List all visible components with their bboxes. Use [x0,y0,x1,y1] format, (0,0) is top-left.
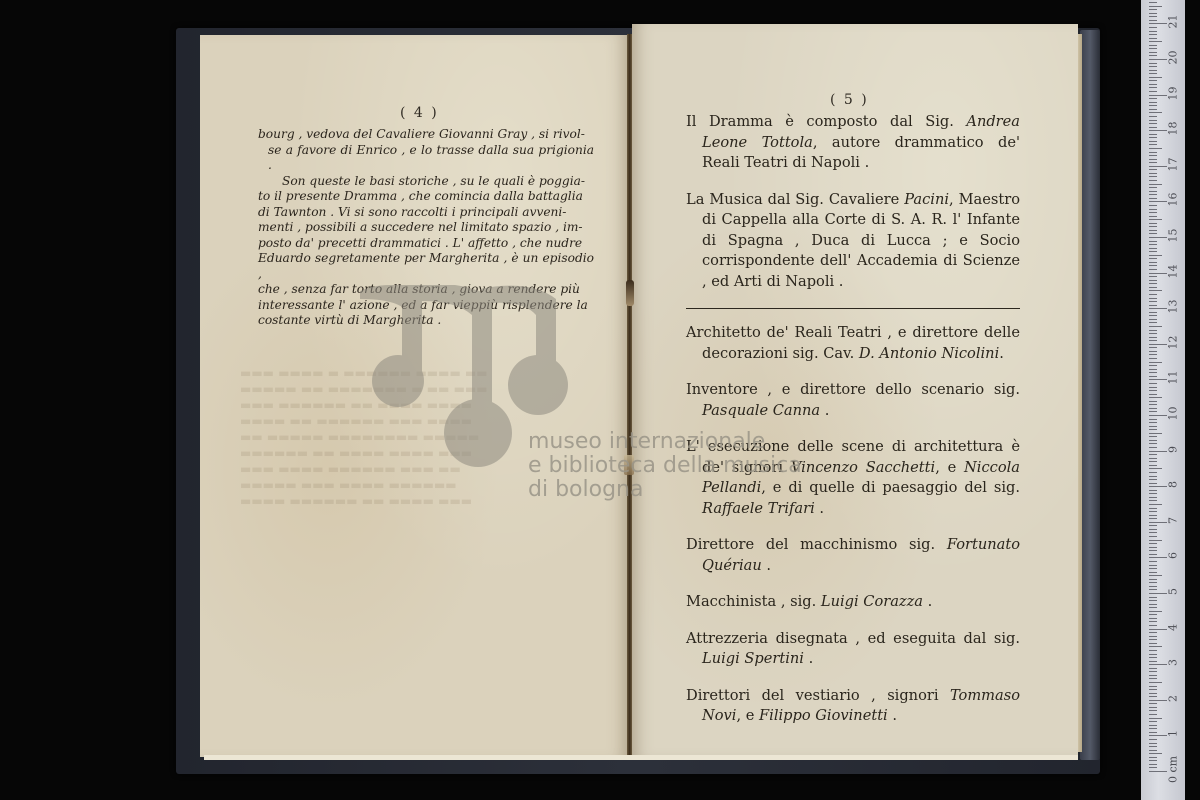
ruler-tick [1149,767,1157,768]
ruler-tick [1149,265,1157,266]
ruler-tick [1149,301,1157,302]
ruler-tick [1149,351,1157,352]
ruler-tick [1149,315,1157,316]
ruler-tick [1149,429,1157,430]
ruler-tick [1149,675,1157,676]
ruler-tick [1149,330,1157,331]
ruler-tick [1149,123,1157,124]
ruler-tick [1149,732,1157,733]
ruler-label: 11 [1167,368,1180,388]
credit-name: Pasquale Canna [702,402,820,419]
ruler-tick [1149,582,1157,583]
ruler-tick [1149,184,1162,185]
ruler-tick [1149,397,1162,398]
ruler-tick [1149,725,1157,726]
ruler-tick [1149,721,1157,722]
ruler-tick [1149,529,1157,530]
text-line: interessante l' azione , ed a far vieppi… [258,298,594,314]
ruler-tick [1149,490,1157,491]
ruler-label: 17 [1167,154,1180,174]
credit-name: Raffaele Trifari [702,500,815,517]
credit-entry-architect: Architetto de' Reali Teatri , e direttor… [686,323,1020,364]
ruler-tick [1149,614,1157,615]
ruler-tick [1149,226,1157,227]
ruler-tick [1149,760,1157,761]
credit-text: , e di quelle di paesaggio del sig. [761,479,1020,496]
ruler-tick [1149,671,1157,672]
ruler-tick [1149,6,1162,7]
ruler-tick [1149,593,1167,594]
ruler-tick [1149,757,1157,758]
measurement-ruler: 0 cm123456789101112131415161718192021 [1141,0,1185,800]
ruler-tick [1149,600,1157,601]
right-page-body: Il Dramma è composto dal Sig. Andrea Leo… [686,112,1020,743]
ruler-tick [1149,290,1162,291]
ruler-label: 9 [1167,439,1180,459]
ruler-tick [1149,322,1157,323]
ruler-tick [1149,547,1157,548]
ruler-tick [1149,572,1157,573]
ruler-tick [1149,194,1157,195]
ruler-tick [1149,244,1157,245]
ruler-tick [1149,251,1157,252]
ruler-tick [1149,358,1157,359]
ruler-tick [1149,743,1157,744]
credit-text: . [999,345,1004,362]
text-line: di Tawnton . Vi si sono raccolti i princ… [258,205,594,221]
ruler-tick [1149,621,1157,622]
credit-name: Pacini [904,191,949,208]
ruler-tick [1149,718,1162,719]
credit-name: Filippo Giovinetti [759,707,888,724]
credit-text: . [888,707,897,724]
ruler-tick [1149,144,1157,145]
credit-text: Direttore del macchinismo sig. [686,536,947,553]
ruler-tick [1149,77,1162,78]
page-number: ( 4 ) [400,105,439,121]
ruler-tick [1149,486,1167,487]
ruler-tick [1149,472,1157,473]
ruler-tick [1149,294,1157,295]
ruler-tick [1149,308,1167,309]
credit-name: D. Antonio Nicolini [859,345,999,362]
ruler-tick [1149,540,1162,541]
credit-text: Il Dramma è composto dal Sig. [686,113,966,130]
ruler-tick [1149,525,1157,526]
ruler-tick [1149,465,1157,466]
ruler-tick [1149,618,1157,619]
ruler-tick [1149,105,1157,106]
ruler-tick [1149,333,1157,334]
ruler-tick [1149,643,1157,644]
ruler-tick [1149,41,1162,42]
ruler-tick [1149,668,1157,669]
credit-name: Vincenzo Sacchetti [791,459,935,476]
ruler-tick [1149,70,1157,71]
ruler-tick [1149,13,1157,14]
text-line: menti , possibili a succedere nel limita… [258,220,594,236]
ruler-tick [1149,148,1162,149]
ruler-tick [1149,362,1162,363]
credit-text: . [923,593,932,610]
ruler-label: 20 [1167,48,1180,68]
ruler-tick [1149,394,1157,395]
ruler-tick [1149,383,1157,384]
ruler-tick [1149,468,1162,469]
ruler-label: 7 [1167,510,1180,530]
ruler-tick [1149,34,1157,35]
ruler-tick [1149,376,1157,377]
text-line: Eduardo segretamente per Margherita , è … [258,251,594,282]
ruler-tick [1149,2,1157,3]
ruler-tick [1149,735,1167,736]
ruler-tick [1149,625,1157,626]
text-line: se a favore di Enrico , e lo trasse dall… [258,143,594,174]
ruler-tick [1149,127,1157,128]
ruler-tick [1149,632,1157,633]
ruler-tick [1149,162,1157,163]
ruler-tick [1149,273,1167,274]
ruler-tick [1149,689,1157,690]
ruler-tick [1149,112,1162,113]
ruler-tick [1149,176,1157,177]
ruler-tick [1149,646,1162,647]
ruler-tick [1149,84,1157,85]
right-page: ( 5 ) Il Dramma è composto dal Sig. Andr… [632,24,1078,756]
ruler-tick [1149,611,1162,612]
ruler-tick [1149,497,1157,498]
ruler-tick [1149,59,1167,60]
ruler-tick [1149,305,1157,306]
ruler-tick [1149,714,1157,715]
text-line: Son queste le basi storiche , su le qual… [258,174,594,190]
show-through-text: ▬▬▬ ▬▬▬▬ ▬ ▬▬▬▬▬▬ ▬▬▬▬ ▬▬▬▬▬▬▬ ▬▬ ▬▬▬▬▬▬… [240,365,488,509]
credit-text: Direttori del vestiario , signori [686,687,950,704]
ruler-tick [1149,415,1167,416]
ruler-tick [1149,458,1157,459]
ruler-tick [1149,700,1167,701]
credit-entry-libretto: Il Dramma è composto dal Sig. Andrea Leo… [686,112,1020,174]
ruler-tick [1149,223,1157,224]
ruler-tick [1149,141,1157,142]
ruler-tick [1149,476,1157,477]
ruler-tick [1149,73,1157,74]
ruler-tick [1149,216,1157,217]
ruler-tick [1149,575,1162,576]
ruler-tick [1149,504,1162,505]
ruler-tick [1149,511,1157,512]
ruler-tick [1149,390,1157,391]
ruler-tick [1149,579,1157,580]
ruler-label: 5 [1167,582,1180,602]
ruler-label: 12 [1167,332,1180,352]
ruler-tick [1149,387,1157,388]
ruler-tick [1149,283,1157,284]
ruler-tick [1149,280,1157,281]
ruler-label: 19 [1167,83,1180,103]
ruler-tick [1149,155,1157,156]
ruler-tick [1149,159,1157,160]
ruler-tick [1149,248,1157,249]
ruler-label: 10 [1167,404,1180,424]
ruler-tick [1149,411,1157,412]
ruler-tick [1149,102,1157,103]
credit-entry-machinist: Macchinista , sig. Luigi Corazza . [686,592,1020,613]
ruler-tick [1149,536,1157,537]
ruler-tick [1149,20,1157,21]
ruler-tick [1149,447,1157,448]
ruler-tick [1149,436,1157,437]
ruler-tick [1149,152,1157,153]
ruler-tick [1149,678,1157,679]
ruler-tick [1149,753,1162,754]
ruler-tick [1149,764,1157,765]
ruler-tick [1149,607,1157,608]
ruler-tick [1149,372,1157,373]
ruler-tick [1149,419,1157,420]
ruler-tick [1149,337,1157,338]
ruler-tick [1149,518,1157,519]
ruler-tick [1149,287,1157,288]
ruler-tick [1149,636,1157,637]
ruler-tick [1149,454,1157,455]
ruler-tick [1149,48,1157,49]
ruler-tick [1149,693,1157,694]
ruler-tick [1149,661,1157,662]
page-number: ( 5 ) [830,92,869,108]
ruler-tick [1149,771,1167,772]
ruler-tick [1149,95,1167,96]
ruler-tick [1149,137,1157,138]
ruler-tick [1149,703,1157,704]
ruler-label: 13 [1167,297,1180,317]
ruler-tick [1149,543,1157,544]
ruler-tick [1149,241,1157,242]
ruler-tick [1149,16,1157,17]
ruler-tick [1149,212,1157,213]
ruler-tick [1149,23,1167,24]
credit-entry-props: Attrezzeria disegnata , ed eseguita dal … [686,629,1020,670]
ruler-tick [1149,63,1157,64]
ruler-tick [1149,91,1157,92]
ruler-label: 14 [1167,261,1180,281]
ruler-label: 2 [1167,688,1180,708]
ruler-tick [1149,568,1157,569]
ruler-tick [1149,116,1157,117]
ruler-tick [1149,597,1157,598]
ruler-label: 18 [1167,119,1180,139]
ruler-tick [1149,258,1157,259]
ruler-tick [1149,707,1157,708]
ruler-tick [1149,404,1157,405]
ruler-tick [1149,340,1157,341]
ruler-tick [1149,319,1157,320]
ruler-tick [1149,109,1157,110]
ruler-tick [1149,276,1157,277]
ruler-unit-label: 0 cm [1167,755,1180,785]
ruler-tick [1149,347,1157,348]
credit-entry-scenario: Inventore , e direttore dello scenario s… [686,380,1020,421]
binding-thread [624,455,634,475]
ruler-tick [1149,565,1157,566]
credit-text: . [762,557,771,574]
ruler-tick [1149,379,1167,380]
ruler-tick [1149,728,1157,729]
ruler-tick [1149,255,1162,256]
ruler-tick [1149,554,1157,555]
ruler-label: 8 [1167,475,1180,495]
credit-entry-scenes: L' esecuzione delle scene di architettur… [686,437,1020,519]
ruler-label: 1 [1167,724,1180,744]
ruler-tick [1149,27,1157,28]
ruler-label: 16 [1167,190,1180,210]
credit-text: , e [935,459,964,476]
ruler-tick [1149,443,1157,444]
ruler-tick [1149,532,1157,533]
ruler-tick [1149,52,1157,53]
ruler-tick [1149,589,1157,590]
ruler-tick [1149,38,1157,39]
book-gutter [627,34,632,758]
ruler-tick [1149,9,1157,10]
ruler-tick [1149,550,1157,551]
ruler-tick [1149,500,1157,501]
ruler-tick [1149,369,1157,370]
credit-text: , e [736,707,759,724]
ruler-tick [1149,130,1167,131]
ruler-tick [1149,201,1167,202]
ruler-tick [1149,664,1167,665]
text-line: costante virtù di Margherita . [258,313,594,329]
ruler-label: 21 [1167,12,1180,32]
ruler-tick [1149,298,1157,299]
book-cover-edge [1080,30,1100,760]
ruler-tick [1149,312,1157,313]
ruler-label: 4 [1167,617,1180,637]
credit-entry-music: La Musica dal Sig. Cavaliere Pacini, Mae… [686,190,1020,293]
ruler-tick [1149,191,1157,192]
page-bottom-edge [204,755,1078,760]
credit-entry-machinery-director: Direttore del macchinismo sig. Fortunato… [686,535,1020,576]
ruler-tick [1149,180,1157,181]
ruler-label: 15 [1167,226,1180,246]
ruler-tick [1149,401,1157,402]
ruler-tick [1149,557,1167,558]
ruler-tick [1149,522,1167,523]
ruler-tick [1149,80,1157,81]
credit-text: Attrezzeria disegnata , ed eseguita dal … [686,630,1020,647]
ruler-tick [1149,440,1157,441]
ruler-tick [1149,479,1157,480]
ruler-tick [1149,45,1157,46]
credit-text: . [804,650,813,667]
ruler-tick [1149,209,1157,210]
credit-name: Luigi Spertini [702,650,804,667]
ruler-tick [1149,654,1157,655]
ruler-tick [1149,750,1157,751]
credit-entry-costumes: Direttori del vestiario , signori Tommas… [686,686,1020,727]
ruler-tick [1149,169,1157,170]
ruler-tick [1149,365,1157,366]
ruler-tick [1149,344,1167,345]
ruler-tick [1149,187,1157,188]
ruler-tick [1149,134,1157,135]
ruler-tick [1149,451,1167,452]
ruler-tick [1149,198,1157,199]
ruler-tick [1149,696,1157,697]
credit-text: La Musica dal Sig. Cavaliere [686,191,904,208]
ruler-tick [1149,66,1157,67]
ruler-tick [1149,237,1167,238]
ruler-tick [1149,657,1157,658]
ruler-tick [1149,233,1157,234]
ruler-tick [1149,87,1157,88]
ruler-tick [1149,629,1167,630]
ruler-tick [1149,682,1162,683]
ruler-tick [1149,205,1157,206]
ruler-tick [1149,710,1157,711]
ruler-tick [1149,461,1157,462]
binding-thread [626,280,634,306]
ruler-tick [1149,262,1157,263]
ruler-tick [1149,31,1157,32]
text-line: posto da' precetti drammatici . L' affet… [258,236,594,252]
section-divider [686,308,1020,309]
ruler-tick [1149,173,1157,174]
ruler-tick [1149,433,1162,434]
text-line: to il presente Dramma , che comincia dal… [258,189,594,205]
ruler-tick [1149,650,1157,651]
ruler-tick [1149,493,1157,494]
left-page: ▬▬▬ ▬▬▬▬ ▬ ▬▬▬▬▬▬ ▬▬▬▬ ▬▬▬▬▬▬▬ ▬▬ ▬▬▬▬▬▬… [200,35,628,757]
ruler-tick [1149,166,1167,167]
ruler-label: 6 [1167,546,1180,566]
ruler-tick [1149,604,1157,605]
text-line: che , senza far torto alla storia , giov… [258,282,594,298]
ruler-tick [1149,739,1157,740]
ruler-tick [1149,230,1157,231]
ruler-tick [1149,219,1162,220]
ruler-tick [1149,686,1157,687]
ruler-tick [1149,508,1157,509]
ruler-tick [1149,120,1157,121]
ruler-tick [1149,354,1157,355]
ruler-tick [1149,586,1157,587]
ruler-tick [1149,515,1157,516]
ruler-tick [1149,55,1157,56]
credit-text: . [820,402,829,419]
ruler-tick [1149,561,1157,562]
ruler-tick [1149,269,1157,270]
text-line: bourg , vedova del Cavaliere Giovanni Gr… [258,127,594,143]
ruler-tick [1149,326,1162,327]
credit-text: Macchinista , sig. [686,593,821,610]
left-page-body: bourg , vedova del Cavaliere Giovanni Gr… [258,127,594,329]
ruler-tick [1149,639,1157,640]
credit-text: . [815,500,824,517]
ruler-tick [1149,98,1157,99]
ruler-tick [1149,408,1157,409]
ruler-tick [1149,422,1157,423]
ruler-label: 3 [1167,653,1180,673]
ruler-tick [1149,483,1157,484]
credit-name: Luigi Corazza [821,593,923,610]
credit-text: Inventore , e direttore dello scenario s… [686,381,1020,398]
ruler-tick [1149,426,1157,427]
ruler-tick [1149,746,1157,747]
